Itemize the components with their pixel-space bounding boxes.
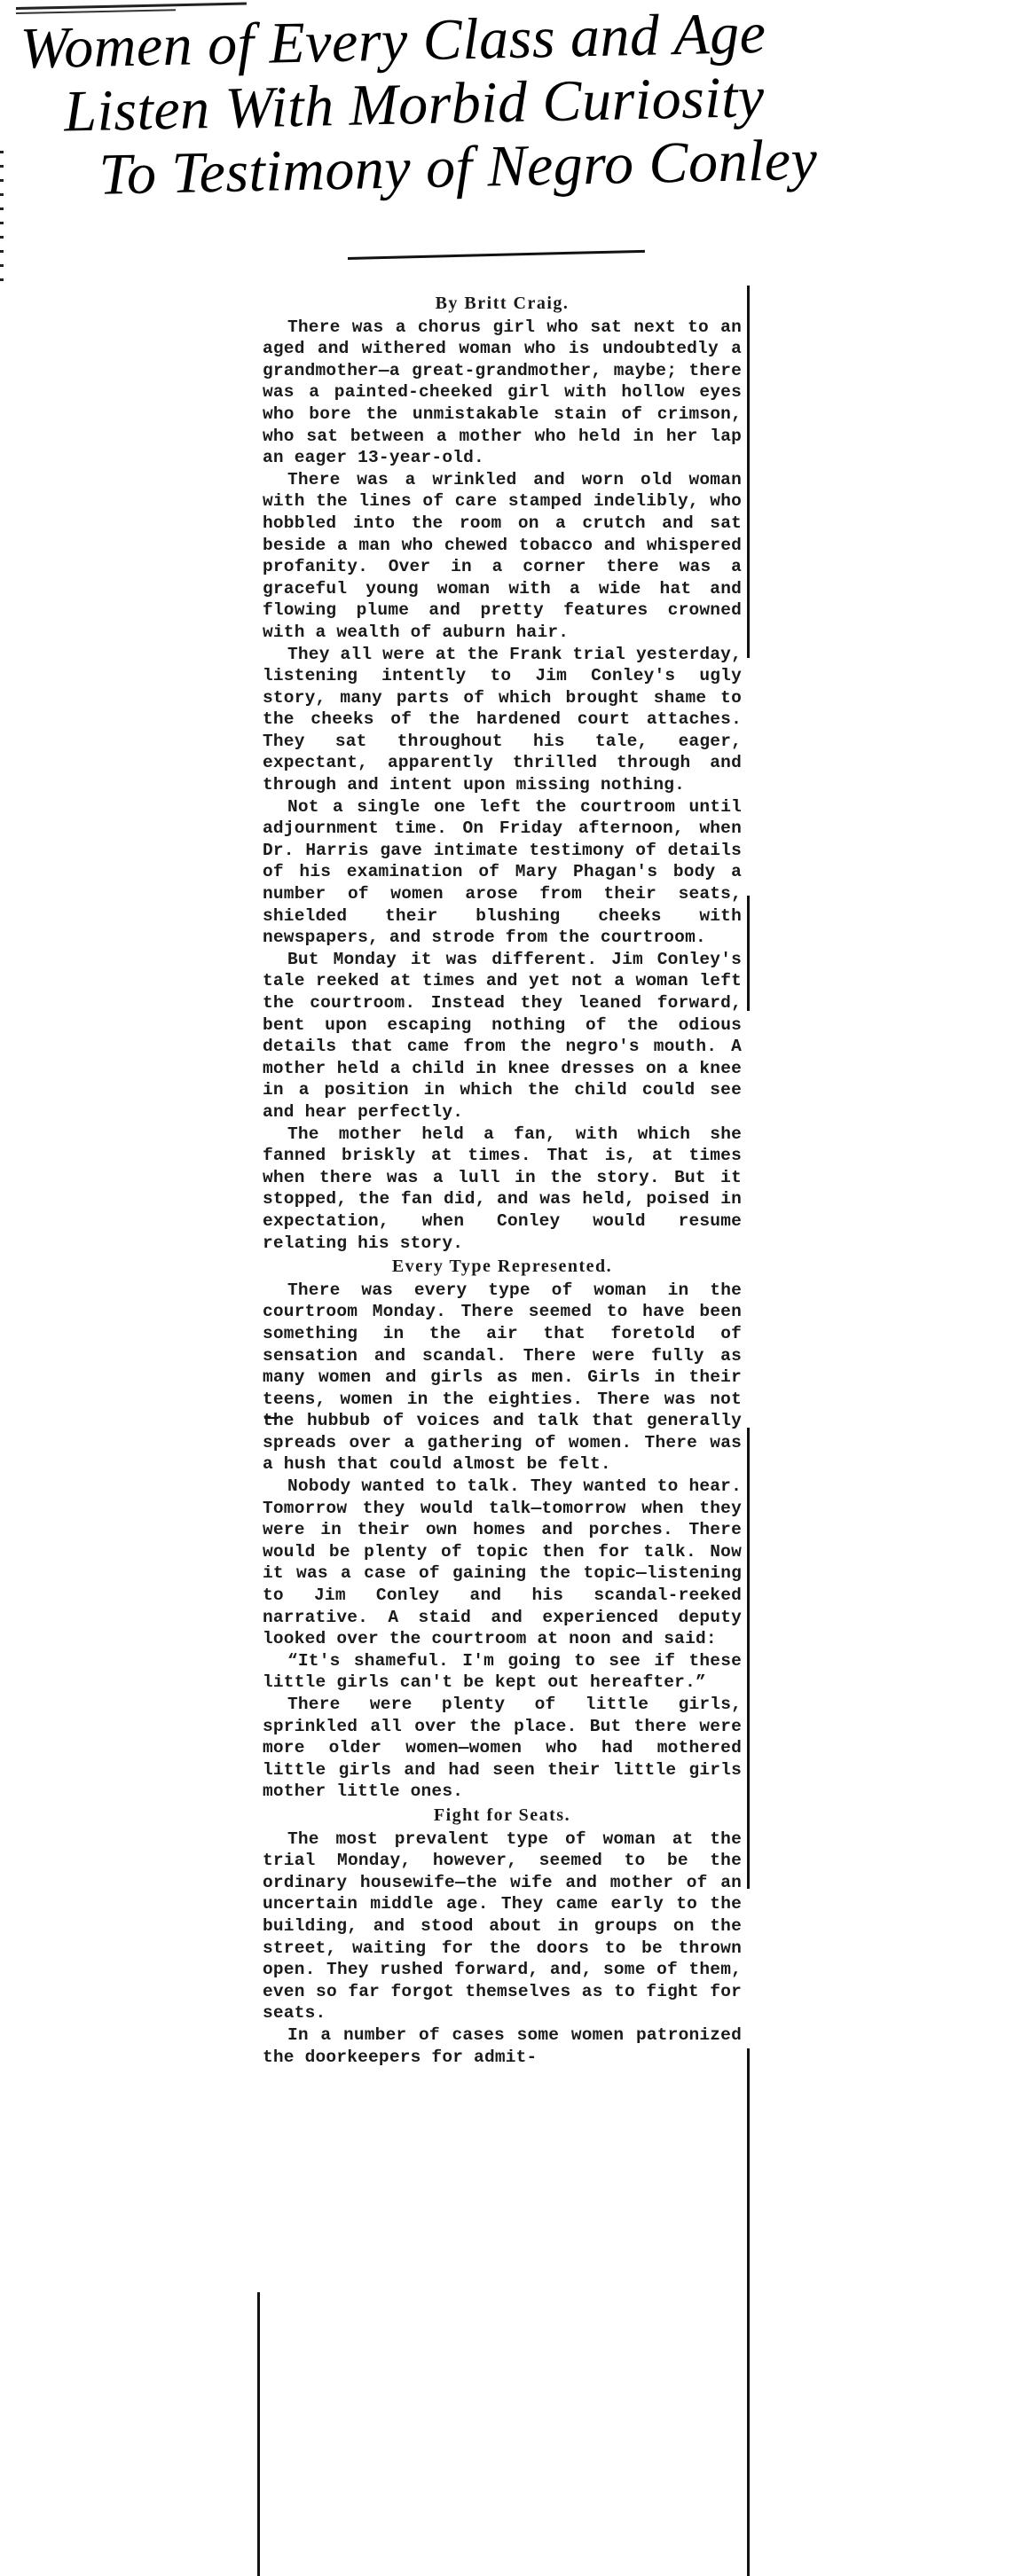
top-rule: [16, 3, 247, 10]
column-rule-right: [747, 286, 750, 658]
paragraph: They all were at the Frank trial yesterd…: [263, 644, 742, 796]
paragraph: The most prevalent type of woman at the …: [263, 1828, 742, 2024]
column-rule-right: [747, 896, 750, 1011]
article-body: By Britt Craig. There was a chorus girl …: [263, 293, 742, 2068]
paragraph: “It's shameful. I'm going to see if thes…: [263, 1650, 742, 1694]
paragraph: There were plenty of little girls, sprin…: [263, 1694, 742, 1803]
paragraph: There was a chorus girl who sat next to …: [263, 317, 742, 469]
column-rule-left: [257, 2292, 260, 2576]
paragraph: The mother held a fan, with which she fa…: [263, 1124, 742, 1255]
headline-rule: [348, 250, 645, 260]
paragraph: Nobody wanted to talk. They wanted to he…: [263, 1476, 742, 1650]
subhead-fight-for-seats: Fight for Seats.: [263, 1805, 742, 1827]
byline: By Britt Craig.: [263, 293, 742, 315]
paragraph: But Monday it was different. Jim Conley'…: [263, 949, 742, 1124]
column-rule-right: [747, 2048, 750, 2576]
paragraph: In a number of cases some women patroniz…: [263, 2024, 742, 2068]
headline: Women of Every Class and Age Listen With…: [0, 0, 1014, 209]
paragraph: There was a wrinkled and worn old woman …: [263, 469, 742, 644]
paragraph: Not a single one left the courtroom unti…: [263, 796, 742, 949]
column-rule-right: [747, 1428, 750, 1889]
paragraph: There was every type of woman in the cou…: [263, 1280, 742, 1476]
subhead-every-type: Every Type Represented.: [263, 1256, 742, 1278]
